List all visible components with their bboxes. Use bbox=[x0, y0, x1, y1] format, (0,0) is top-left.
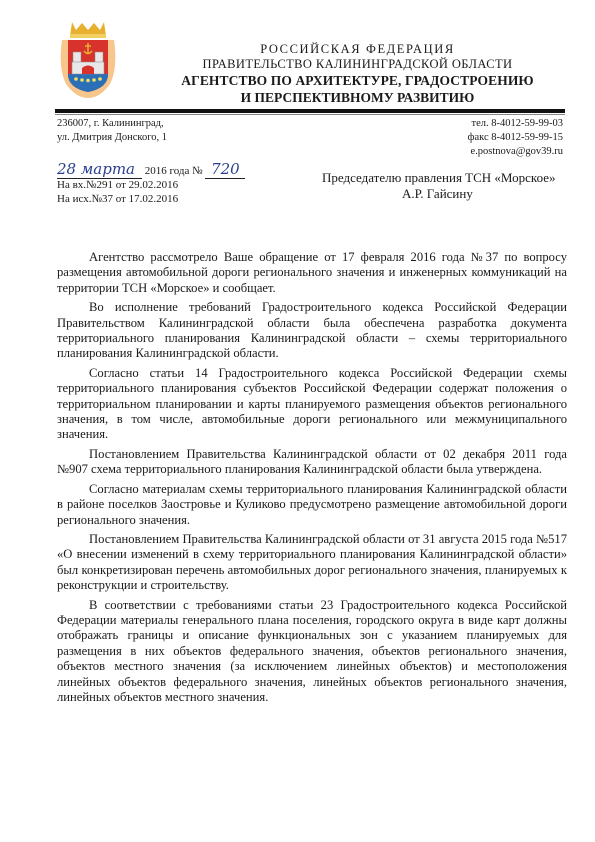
reference-numbers: На вх.№291 от 29.02.2016 На исх.№37 от 1… bbox=[57, 178, 178, 206]
letterhead-divider-thin bbox=[55, 114, 565, 115]
address-line-2: ул. Дмитрия Донского, 1 bbox=[57, 131, 167, 145]
body-paragraph-6: Постановлением Правительства Калининград… bbox=[57, 532, 567, 594]
government-name: ПРАВИТЕЛЬСТВО КАЛИНИНГРАДСКОЙ ОБЛАСТИ bbox=[120, 58, 595, 71]
body-paragraph-1: Агентство рассмотрело Ваше обращение от … bbox=[57, 250, 567, 296]
ref-outgoing: На исх.№37 от 17.02.2016 bbox=[57, 192, 178, 206]
sender-address: 236007, г. Калининград, ул. Дмитрия Донс… bbox=[57, 117, 167, 145]
outgoing-date-number: 28 марта 2016 года № 720 bbox=[57, 160, 245, 179]
handwritten-number: 720 bbox=[205, 160, 245, 179]
country-name: РОССИЙСКАЯ ФЕДЕРАЦИЯ bbox=[120, 43, 595, 56]
recipient-title: Председателю правления ТСН «Морское» bbox=[322, 170, 556, 186]
agency-name-line1: АГЕНТСТВО ПО АРХИТЕКТУРЕ, ГРАДОСТРОЕНИЮ bbox=[120, 74, 595, 88]
letterhead-divider bbox=[55, 109, 565, 113]
body-paragraph-5: Согласно материалам схемы территориально… bbox=[57, 482, 567, 528]
phone-number: тел. 8-4012-59-99-03 bbox=[468, 117, 563, 131]
kaliningrad-emblem-icon bbox=[58, 18, 118, 100]
address-line-1: 236007, г. Калининград, bbox=[57, 117, 167, 131]
fax-number: факс 8-4012-59-99-15 bbox=[468, 131, 563, 145]
agency-name-line2: И ПЕРСПЕКТИВНОМУ РАЗВИТИЮ bbox=[120, 91, 595, 105]
sender-contacts: тел. 8-4012-59-99-03 факс 8-4012-59-99-1… bbox=[468, 117, 563, 159]
recipient-block: Председателю правления ТСН «Морское» А.Р… bbox=[322, 170, 556, 202]
letter-body: Агентство рассмотрело Ваше обращение от … bbox=[57, 250, 567, 709]
body-paragraph-7: В соответствии с требованиями статьи 23 … bbox=[57, 598, 567, 706]
email-address[interactable]: e.postnova@gov39.ru bbox=[468, 145, 563, 159]
year-label: 2016 года № bbox=[145, 165, 203, 177]
body-paragraph-3: Согласно статьи 14 Градостроительного ко… bbox=[57, 366, 567, 443]
ref-incoming: На вх.№291 от 29.02.2016 bbox=[57, 178, 178, 192]
body-paragraph-4: Постановлением Правительства Калининград… bbox=[57, 447, 567, 478]
handwritten-date: 28 марта bbox=[57, 160, 142, 179]
body-paragraph-2: Во исполнение требований Градостроительн… bbox=[57, 300, 567, 362]
recipient-name: А.Р. Гайсину bbox=[322, 186, 556, 202]
coat-of-arms-emblem bbox=[58, 18, 118, 100]
